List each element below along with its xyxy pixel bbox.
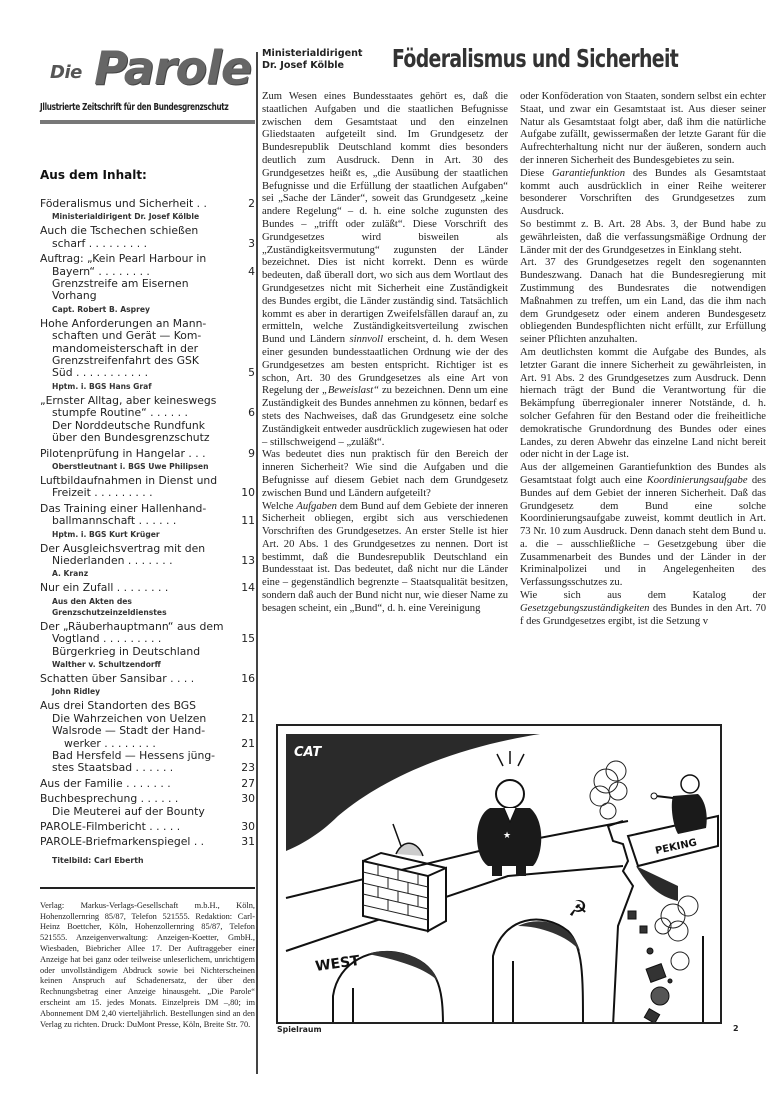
toc-author: Aus den Akten des Grenzschutzeinzeldiens… — [40, 596, 255, 618]
toc-page: 14 — [237, 582, 255, 594]
toc-author: Hptm. i. BGS Hans Graf — [40, 381, 255, 392]
toc-title: Aus drei Standorten des BGS — [40, 700, 237, 712]
masthead-subtitle: Jllustrierte Zeitschrift für den Bundesg… — [40, 102, 225, 113]
toc-title: Auch die Tschechen schießen — [40, 225, 237, 237]
toc-subtitle: Bürgerkrieg in Deutschland — [40, 646, 255, 658]
hammer-sickle-icon: ☭ — [568, 896, 588, 921]
cartoon-caption: Spielraum — [277, 1025, 322, 1034]
imprint-rule — [40, 887, 255, 889]
toc-entry[interactable]: PAROLE-Filmbericht . . . . .30 — [40, 821, 255, 833]
masthead-parole: Parole — [94, 42, 251, 94]
toc-author: A. Kranz — [40, 568, 255, 579]
toc-title: scharf . . . . . . . . . — [40, 238, 237, 250]
article-author: Ministerialdirigent Dr. Josef Kölble — [262, 48, 392, 72]
toc-page: 16 — [237, 673, 255, 685]
toc-page: 21 — [237, 738, 255, 750]
svg-text:★: ★ — [503, 830, 511, 840]
toc-page: 31 — [237, 836, 255, 848]
paragraph: Zum Wesen eines Bundesstaates gehört es,… — [262, 91, 508, 449]
toc-page: 5 — [237, 367, 255, 379]
toc-page: 9 — [237, 448, 255, 460]
article-header: Ministerialdirigent Dr. Josef Kölble Föd… — [262, 45, 767, 87]
article-headline: Föderalismus und Sicherheit — [392, 44, 678, 73]
toc-page: 10 — [237, 487, 255, 499]
cartoon-label-cat: CAT — [294, 745, 322, 760]
toc-title: Schatten über Sansibar . . . . — [40, 673, 237, 685]
paragraph: Wie sich aus dem Katalog der Gesetzgebun… — [520, 590, 766, 628]
toc-title: PAROLE-Filmbericht . . . . . — [40, 821, 237, 833]
toc-heading: Aus dem Inhalt: — [40, 168, 255, 182]
toc-title: Nur ein Zufall . . . . . . . . — [40, 582, 237, 594]
toc-entry[interactable]: Auftrag: „Kein Pearl Harbour in Bayern“ … — [40, 253, 255, 315]
toc-author: Capt. Robert B. Asprey — [40, 304, 255, 315]
table-of-contents: Föderalismus und Sicherheit . .2 Ministe… — [40, 198, 255, 849]
toc-subtitle: Die Meuterei auf der Bounty — [40, 806, 255, 818]
toc-author: Hptm. i. BGS Kurt Krüger — [40, 529, 255, 540]
article: Ministerialdirigent Dr. Josef Kölble Föd… — [262, 45, 767, 628]
paragraph: oder Konföderation von Staaten, sondern … — [520, 91, 766, 168]
toc-entry[interactable]: Nur ein Zufall . . . . . . . .14 Aus den… — [40, 582, 255, 617]
toc-subtitle: Der Norddeutsche Rundfunk über den Bunde… — [40, 420, 255, 445]
toc-page: 23 — [237, 762, 255, 774]
left-column: Die Parole Jllustrierte Zeitschrift für … — [40, 40, 255, 1030]
paragraph: So bestimmt z. B. Art. 28 Abs. 3, der Bu… — [520, 219, 766, 257]
masthead-logo: Die Parole — [40, 40, 255, 98]
toc-entry[interactable]: Luftbildaufnahmen in Dienst und Freizeit… — [40, 475, 255, 500]
toc-entry[interactable]: Buchbesprechung . . . . . .30 Die Meuter… — [40, 793, 255, 818]
toc-title: Aus der Familie . . . . . . . — [40, 778, 237, 790]
toc-title: Föderalismus und Sicherheit . . — [40, 198, 237, 210]
toc-entry[interactable]: PAROLE-Briefmarkenspiegel . .31 — [40, 836, 255, 848]
toc-page: 15 — [237, 633, 255, 645]
right-figure — [651, 775, 707, 834]
central-figure: ★ — [477, 751, 541, 876]
cover-credit: Titelbild: Carl Eberth — [40, 856, 255, 865]
toc-entry[interactable]: Auch die Tschechen schießen scharf . . .… — [40, 225, 255, 250]
toc-entry[interactable]: „Ernster Alltag, aber keineswegs stumpfe… — [40, 395, 255, 445]
toc-page: 13 — [237, 555, 255, 567]
toc-entry[interactable]: Der Ausgleichsvertrag mit den Niederland… — [40, 543, 255, 580]
toc-entry[interactable]: Schatten über Sansibar . . . .16 John Ri… — [40, 673, 255, 697]
toc-title: PAROLE-Briefmarkenspiegel . . — [40, 836, 237, 848]
toc-title: Auftrag: „Kein Pearl Harbour in — [40, 253, 237, 265]
toc-entry[interactable]: Föderalismus und Sicherheit . .2 Ministe… — [40, 198, 255, 222]
toc-entry[interactable]: Der „Räuberhauptmann“ aus dem Vogtland .… — [40, 621, 255, 670]
toc-page: 2 — [237, 198, 255, 210]
toc-entry[interactable]: Hohe Anforderungen an Mann- schaften und… — [40, 318, 255, 392]
toc-page: 11 — [237, 515, 255, 527]
toc-author: John Ridley — [40, 686, 255, 697]
toc-page: 4 — [237, 266, 255, 278]
paragraph: Was bedeutet dies nun praktisch für den … — [262, 449, 508, 500]
toc-title: Buchbesprechung . . . . . . — [40, 793, 237, 805]
toc-entry[interactable]: Pilotenprüfung in Hangelar . . .9 Oberst… — [40, 448, 255, 472]
paragraph: Art. 37 des Grundgesetzes regelt den sog… — [520, 257, 766, 347]
toc-title: Pilotenprüfung in Hangelar . . . — [40, 448, 237, 460]
article-column-2: oder Konföderation von Staaten, sondern … — [520, 91, 766, 628]
toc-entry[interactable]: Aus der Familie . . . . . . .27 — [40, 778, 255, 790]
toc-page: 21 — [237, 713, 255, 725]
paragraph: Diese Garantiefunktion des Bundes als Ge… — [520, 168, 766, 219]
article-body: Zum Wesen eines Bundesstaates gehört es,… — [262, 91, 767, 628]
toc-page: 30 — [237, 821, 255, 833]
column-divider — [256, 52, 258, 1074]
page-number: 2 — [733, 1024, 739, 1033]
toc-author: Ministerialdirigent Dr. Josef Kölble — [40, 211, 255, 222]
toc-page: 30 — [237, 793, 255, 805]
toc-author: Oberstleutnant i. BGS Uwe Philipsen — [40, 461, 255, 472]
toc-page: 6 — [237, 407, 255, 419]
toc-entry[interactable]: Aus drei Standorten des BGS Die Wahrzeic… — [40, 700, 255, 774]
paragraph: Aus der allgemeinen Garantiefunktion des… — [520, 462, 766, 590]
paragraph: Am deutlichsten kommt die Aufgabe des Bu… — [520, 347, 766, 462]
paragraph: Welche Aufgaben dem Bund auf dem Gebiete… — [262, 501, 508, 616]
toc-entry[interactable]: Das Training einer Hallenhand- ballmanns… — [40, 503, 255, 540]
toc-subtitle: Grenzstreife am Eisernen Vorhang — [40, 278, 255, 303]
masthead-rule — [40, 120, 255, 124]
toc-page: 27 — [237, 778, 255, 790]
cartoon-label-west: WEST — [314, 953, 361, 975]
toc-page: 3 — [237, 238, 255, 250]
masthead-die: Die — [50, 62, 82, 83]
brick-wall — [363, 824, 446, 931]
article-column-1: Zum Wesen eines Bundesstaates gehört es,… — [262, 91, 508, 628]
imprint: Verlag: Markus-Verlags-Gesellschaft m.b.… — [40, 901, 255, 1031]
political-cartoon: CAT ★ ☭ WEST — [276, 724, 722, 1024]
toc-author: Walther v. Schultzendorff — [40, 659, 255, 670]
